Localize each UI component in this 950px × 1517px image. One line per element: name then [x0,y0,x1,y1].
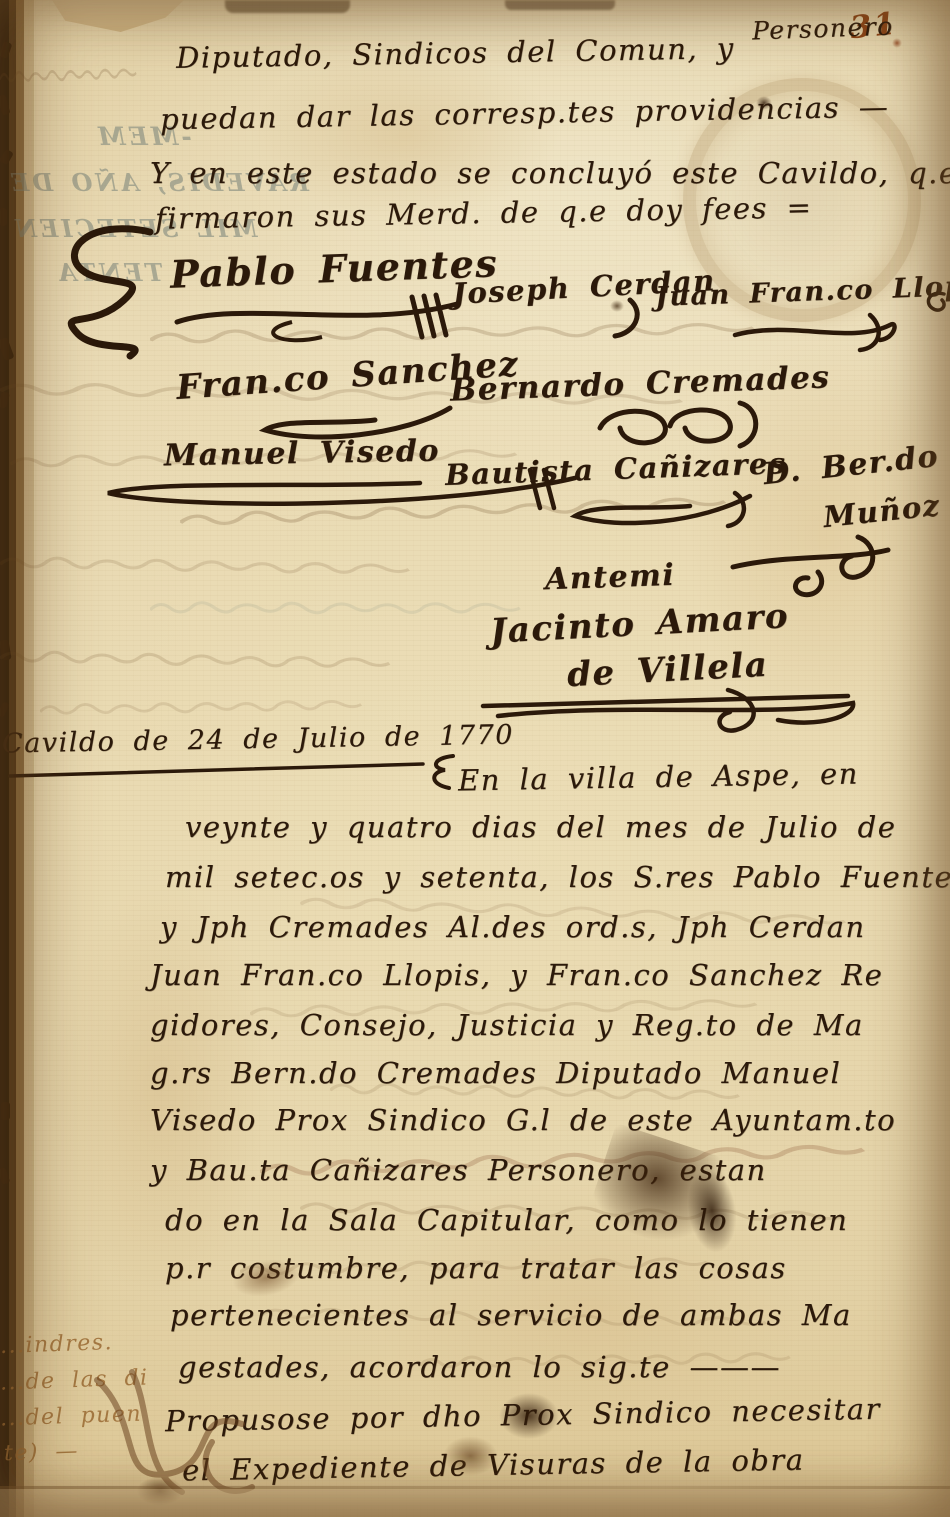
signature-bernardo-munoz: Muñoz [822,488,943,534]
paragraph-mark [425,752,459,792]
bleedthrough-writing-line [0,552,420,583]
margin-curl-mark [922,288,950,318]
acta-line: Visedo Prox Sindico G.l de este Ayuntam.… [150,1103,896,1137]
top-edge-smudge [505,0,615,10]
signature-flourish [600,298,650,338]
signature-bautista-canizares: Bautista Cañizares [445,446,788,492]
bleedthrough-writing-line [40,695,370,723]
acta-line: En la villa de Aspe, en [458,757,859,798]
notary-name: Jacinto Amaro [489,596,790,652]
signature-flourish [730,310,900,355]
signature-flourish [728,532,908,602]
manuscript-page: -MEM RAVEDIS, AÑO DE MIL SETECIEN TENTA … [0,0,950,1517]
acta-line: gidores, Consejo, Justicia y Reg.to de M… [150,1008,864,1042]
bottom-page-edge [0,1489,950,1517]
acta-line: pertenecientes al servicio de ambas Ma [170,1298,852,1332]
signature-flourish [172,292,462,342]
signature-flourish [560,488,760,533]
acta-line: do en la Sala Capitular, como lo tienen [165,1203,848,1237]
notary-flourish [478,688,858,733]
acta-line: veynte y quatro dias del mes de Julio de [185,810,896,844]
signature-pablo-fuentes: Pablo Fuentes [169,240,498,296]
acta-line: y Bau.ta Cañizares Personero, estan [150,1153,767,1187]
margin-note-line: te) — [4,1439,80,1467]
bleedthrough-writing-line [150,598,530,622]
acta-line: p.r costumbre, para tratar las cosas [165,1251,787,1285]
closing-raised-word: Personero [752,12,895,46]
acta-line: g.rs Bern.do Cremades Diputado Manuel [150,1056,841,1090]
notary-ante-mi: Antemi [544,558,675,598]
signature-flourish [590,398,775,453]
edge-ink-mark [0,208,7,226]
signature-bernardo-munoz: D. Ber.do [762,439,941,492]
margin-note-line: ...indres. [0,1330,113,1359]
acta-line: mil setec.os y setenta, los S.res Pablo … [165,860,950,894]
heading-underline [8,760,428,782]
closing-line: Y en este estado se concluyó este Cavild… [150,156,950,190]
acta-line: Juan Fran.co Llopis, y Fran.co Sanchez R… [150,958,883,992]
signature-rubric-flourish [52,224,167,359]
paper-tab [52,0,184,32]
top-edge-smudge [225,0,350,13]
edge-ink-mark [1,1102,10,1120]
acta-line: y Jph Cremades Al.des ord.s, Jph Cerdan [160,910,866,944]
closing-line: Diputado, Sindicos del Comun, y [176,31,735,75]
bleedthrough-writing-line [0,647,400,678]
